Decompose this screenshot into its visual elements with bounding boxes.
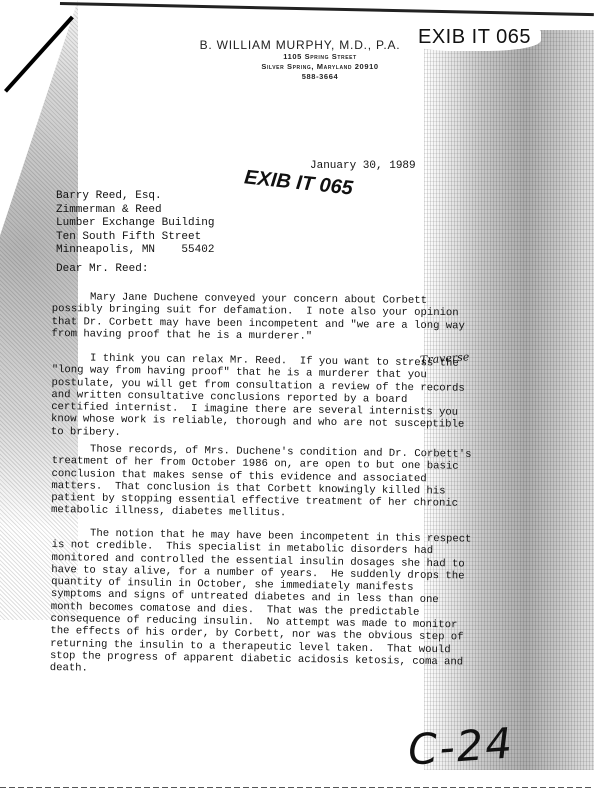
letterhead-city: Silver Spring, Maryland 20910 <box>200 62 440 72</box>
paragraph-1: Mary Jane Duchene conveyed your concern … <box>51 291 594 346</box>
letterhead-street: 1105 Spring Street <box>200 52 440 62</box>
address-line: Zimmerman & Reed <box>56 204 214 218</box>
letterhead-phone: 588-3664 <box>200 72 440 82</box>
paragraph-4: The notion that he may have been incompe… <box>50 527 594 683</box>
page-bottom-edge <box>0 787 594 788</box>
recipient-address: Barry Reed, Esq. Zimmerman & Reed Lumber… <box>56 190 214 258</box>
address-line: Barry Reed, Esq. <box>56 190 214 204</box>
paragraph-3: Those records, of Mrs. Duchene's conditi… <box>51 443 594 525</box>
paragraph-2: I think you can relax Mr. Reed. If you w… <box>51 352 594 446</box>
letterhead-name: B. WILLIAM MURPHY, M.D., P.A. <box>160 38 440 52</box>
address-line: Lumber Exchange Building <box>56 217 214 231</box>
address-line: Ten South Fifth Street <box>56 231 214 245</box>
address-line: Minneapolis, MN 55402 <box>56 244 214 258</box>
salutation: Dear Mr. Reed: <box>56 263 148 275</box>
letterhead: B. WILLIAM MURPHY, M.D., P.A. 1105 Sprin… <box>180 38 440 82</box>
handwritten-page-mark: C-24 <box>406 718 515 774</box>
page-top-edge <box>60 2 594 16</box>
letter-date: January 30, 1989 <box>310 160 416 172</box>
